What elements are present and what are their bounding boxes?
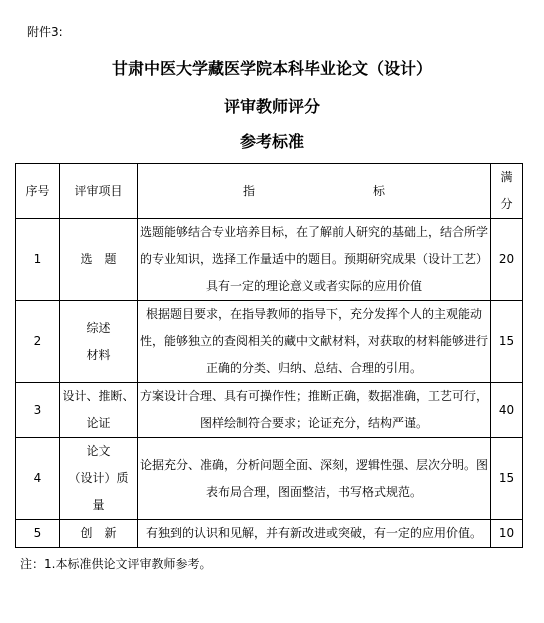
cell-indicator: 选题能够结合专业培养目标，在了解前人研究的基础上，结合所学的专业知识，选择工作量… — [138, 219, 491, 301]
cell-item: 论文 （设计）质 量 — [60, 438, 138, 520]
cell-score: 10 — [491, 520, 523, 548]
indicator-header-char-left: 指 — [243, 178, 255, 205]
cell-item: 综述 材料 — [60, 301, 138, 383]
header-cell-item: 评审项目 — [60, 164, 138, 219]
header-cell-index: 序号 — [16, 164, 60, 219]
document-title: 甘肃中医大学藏医学院本科毕业论文（设计） — [0, 58, 544, 80]
cell-index: 5 — [16, 520, 60, 548]
cell-item: 选 题 — [60, 219, 138, 301]
cell-indicator: 方案设计合理、具有可操作性；推断正确，数据准确，工艺可行，图样绘制符合要求；论证… — [138, 383, 491, 438]
cell-index: 2 — [16, 301, 60, 383]
cell-indicator: 有独到的认识和见解，并有新改进或突破，有一定的应用价值。 — [138, 520, 491, 548]
note-text: 注：1.本标准供论文评审教师参考。 — [20, 555, 544, 573]
cell-indicator: 根据题目要求，在指导教师的指导下，充分发挥个人的主观能动性，能够独立的查阅相关的… — [138, 301, 491, 383]
criteria-table: 序号 评审项目 指 标 满 分 1 选 题 选题能够结合专业培养目标，在了解前人… — [15, 163, 523, 548]
document-page: 附件3: 甘肃中医大学藏医学院本科毕业论文（设计） 评审教师评分 参考标准 序号… — [0, 0, 544, 573]
cell-index: 4 — [16, 438, 60, 520]
header-cell-indicator: 指 标 — [138, 164, 491, 219]
header-cell-score: 满 分 — [491, 164, 523, 219]
attachment-label: 附件3: — [27, 0, 544, 40]
table-row: 4 论文 （设计）质 量 论据充分、准确，分析问题全面、深刻，逻辑性强、层次分明… — [16, 438, 523, 520]
cell-index: 3 — [16, 383, 60, 438]
table-row: 1 选 题 选题能够结合专业培养目标，在了解前人研究的基础上，结合所学的专业知识… — [16, 219, 523, 301]
cell-score: 15 — [491, 438, 523, 520]
document-subtitle: 评审教师评分 — [0, 96, 544, 118]
document-subtitle-secondary: 参考标准 — [0, 131, 544, 153]
table-header-row: 序号 评审项目 指 标 满 分 — [16, 164, 523, 219]
cell-item: 设计、推断、 论证 — [60, 383, 138, 438]
cell-index: 1 — [16, 219, 60, 301]
cell-score: 15 — [491, 301, 523, 383]
indicator-header-char-right: 标 — [373, 178, 385, 205]
table-row: 3 设计、推断、 论证 方案设计合理、具有可操作性；推断正确，数据准确，工艺可行… — [16, 383, 523, 438]
cell-item: 创 新 — [60, 520, 138, 548]
indicator-header-label: 指 标 — [138, 178, 490, 205]
cell-indicator: 论据充分、准确，分析问题全面、深刻，逻辑性强、层次分明。图表布局合理，图面整洁，… — [138, 438, 491, 520]
cell-score: 40 — [491, 383, 523, 438]
table-row: 2 综述 材料 根据题目要求，在指导教师的指导下，充分发挥个人的主观能动性，能够… — [16, 301, 523, 383]
cell-score: 20 — [491, 219, 523, 301]
table-row: 5 创 新 有独到的认识和见解，并有新改进或突破，有一定的应用价值。 10 — [16, 520, 523, 548]
